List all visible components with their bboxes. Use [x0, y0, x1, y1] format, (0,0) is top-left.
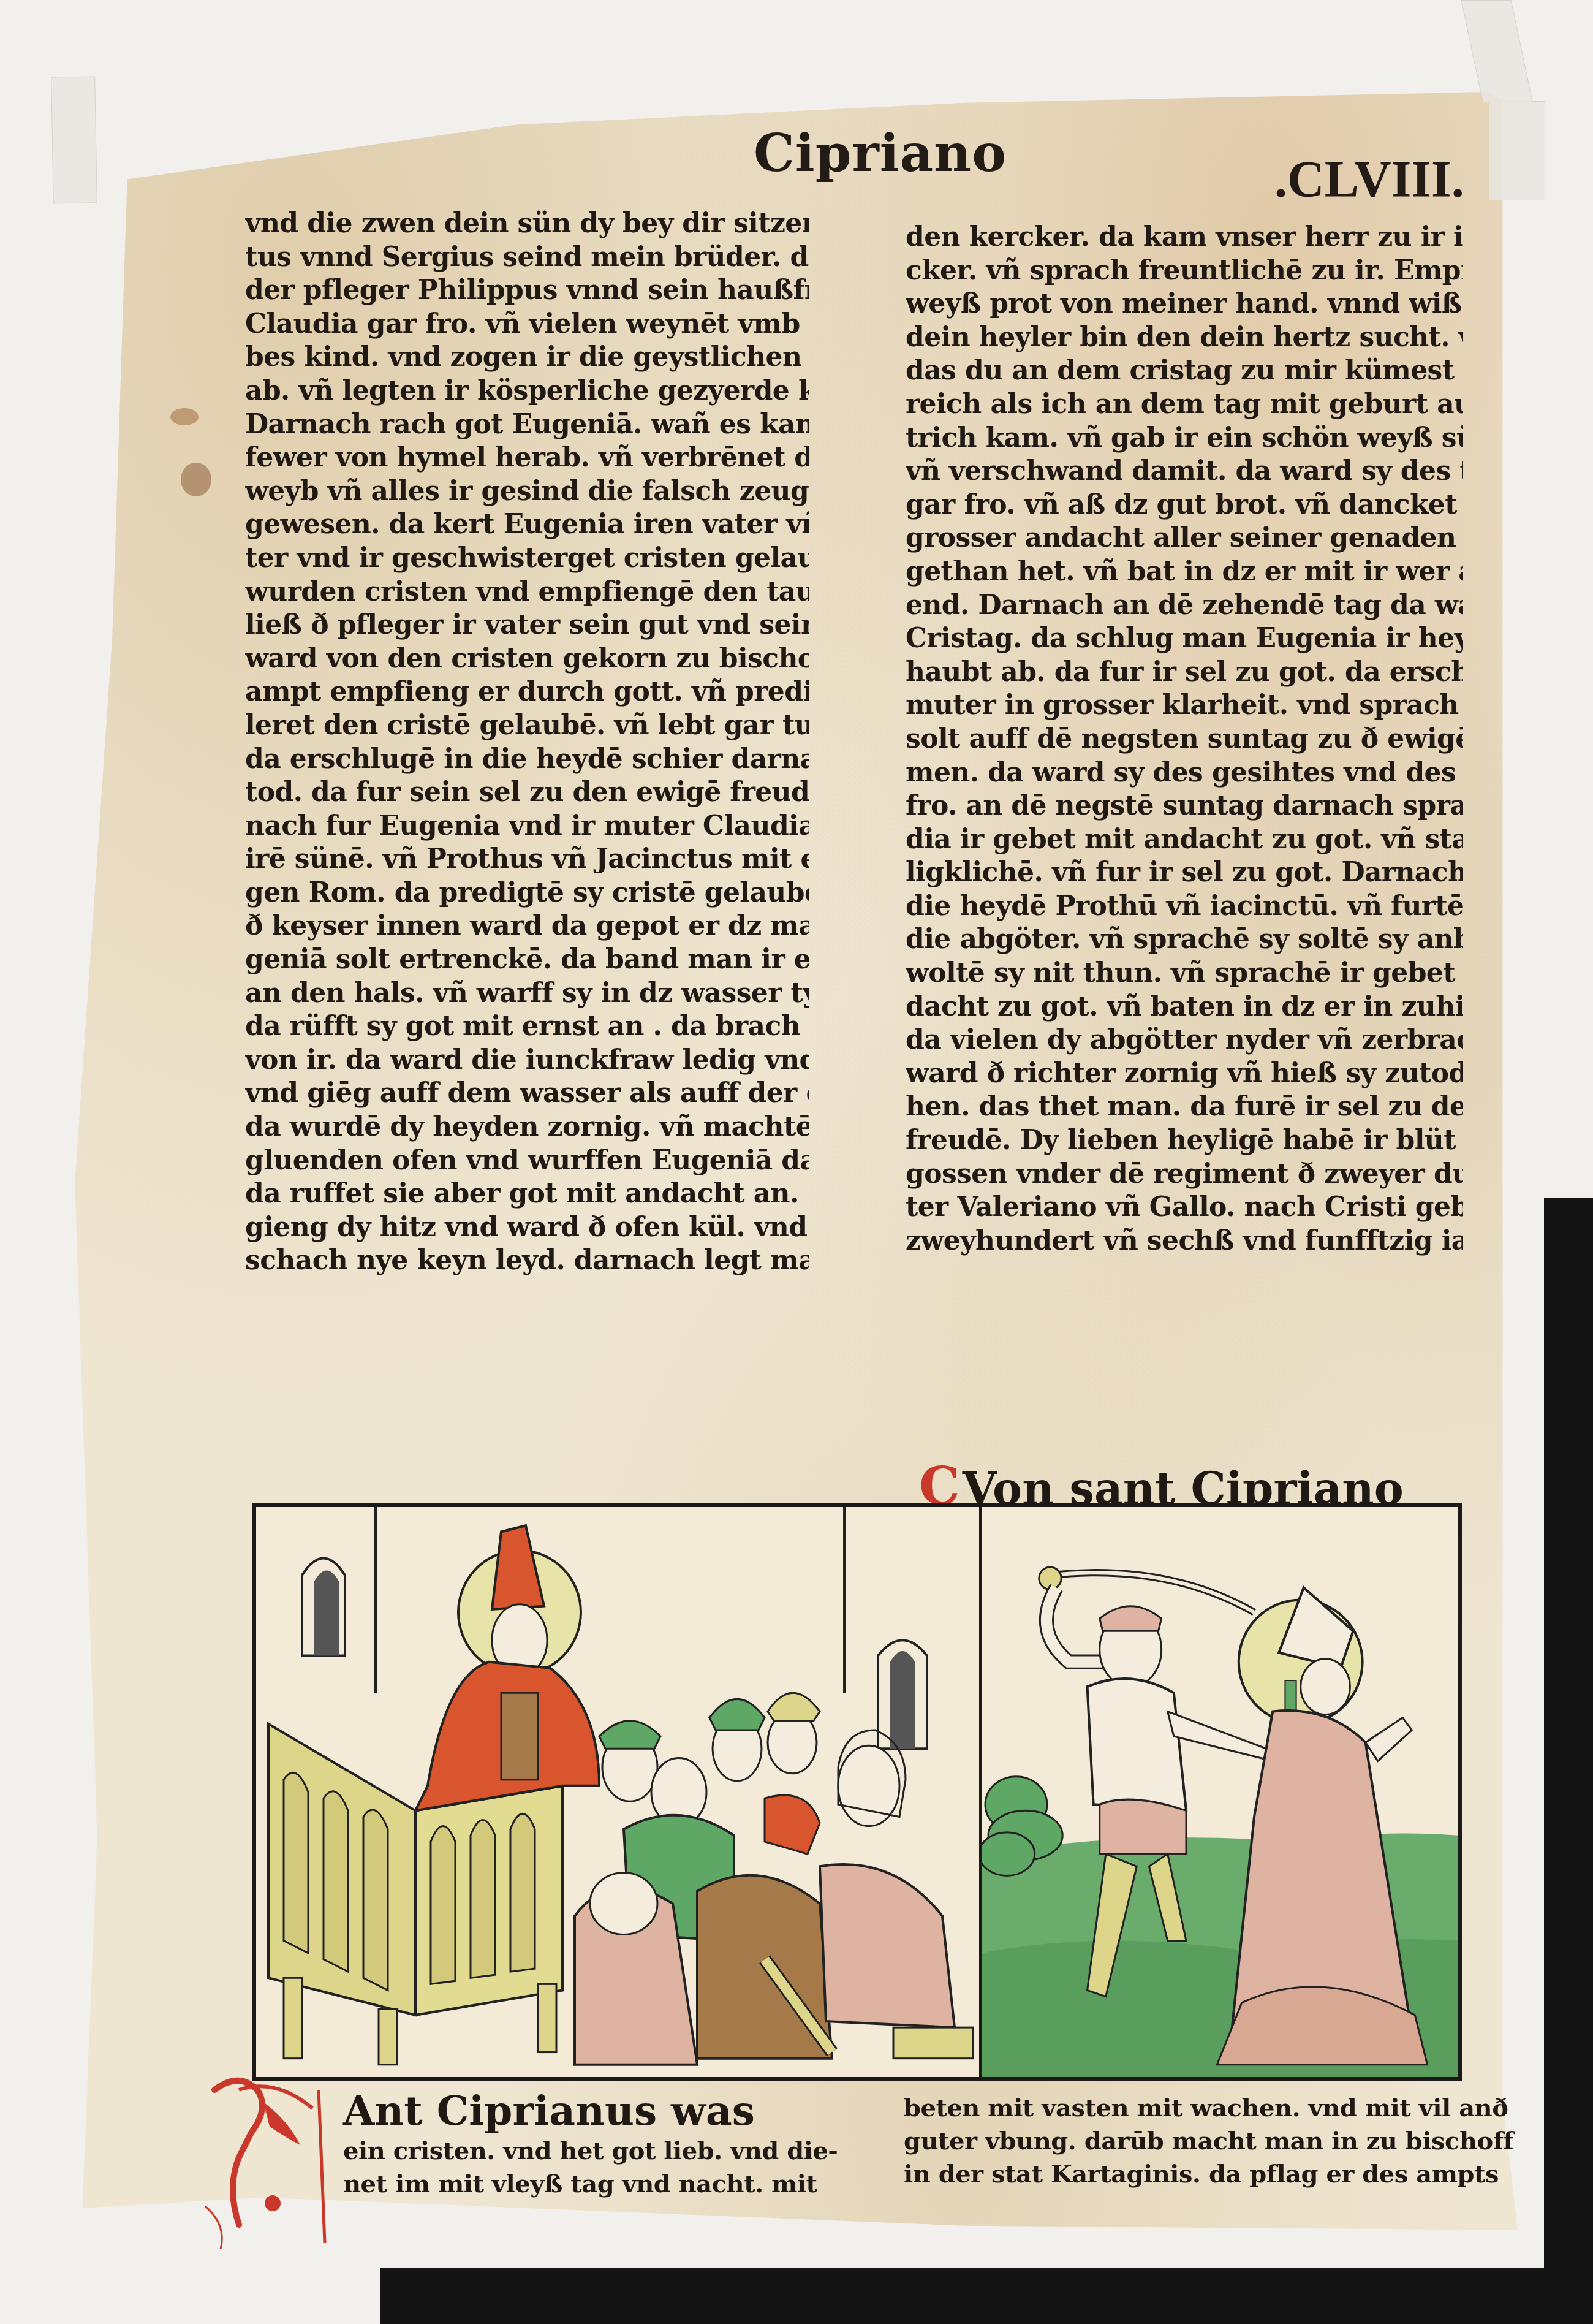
right-text-column: den kercker. da kam vnser herr zu ir in … [906, 221, 1463, 1258]
mounting-tape-right-strip [1461, 0, 1533, 102]
text-line: guter vbung. darūb macht man in zu bisch… [904, 2125, 1513, 2158]
foxing-stain [170, 408, 199, 425]
running-head: Cipriano [754, 123, 1007, 183]
text-line: dia ir gebet mit andacht zu got. vñ star… [906, 823, 1463, 857]
text-line: geniā solt ertrenckē. da band man ir ein… [245, 943, 809, 977]
woodcut-illustration [252, 1503, 1462, 2081]
text-line: irē sünē. vñ Prothus vñ Jacinctus mit ei… [245, 843, 809, 876]
text-line: gossen vnder dē regiment ð zweyer durchä… [906, 1158, 1463, 1191]
text-line: weyb vñ alles ir gesind die falsch zeugē… [245, 475, 809, 509]
text-line: da wurdē dy heyden zornig. vñ machtē ein… [245, 1111, 809, 1144]
text-line: weyß prot von meiner hand. vnnd wiß dz i… [906, 287, 1463, 321]
text-line: Cristag. da schlug man Eugenia ir heylig… [906, 622, 1463, 656]
text-line: ter vnd ir geschwisterget cristen gelaub… [245, 542, 809, 575]
dark-backdrop-bottom [380, 2268, 1593, 2324]
text-line: von ir. da ward die iunckfraw ledig vnd … [245, 1044, 809, 1077]
text-line: solt auff dē negsten suntag zu ð ewigē r… [906, 723, 1463, 756]
text-line: das du an dem cristag zu mir kümest in m… [906, 354, 1463, 388]
text-line: gluenden ofen vnd wurffen Eugeniā darein [245, 1144, 809, 1178]
text-line: leret den cristē gelaubē. vñ lebt gar tu… [245, 709, 809, 743]
text-line: ließ ð pfleger ir vater sein gut vnd sei… [245, 609, 809, 642]
text-line: gen Rom. da predigtē sy cristē gelaubē. … [245, 876, 809, 910]
text-line: men. da ward sy des gesihtes vnd des tro… [906, 756, 1463, 790]
text-line: Claudia gar fro. vñ vielen weynēt vmb ir… [245, 308, 809, 341]
text-line: ligklichē. vñ fur ir sel zu got. Darnach… [906, 856, 1463, 890]
text-line: in der stat Kartaginis. da pflag er des … [904, 2158, 1513, 2191]
text-line: fewer von hymel herab. vñ verbrēnet das … [245, 441, 809, 475]
text-line: nach fur Eugenia vnd ir muter Claudia. m… [245, 810, 809, 843]
text-line: ein cristen. vnd het got lieb. vnd die- [343, 2135, 838, 2168]
text-line: gethan het. vñ bat in dz er mit ir wer a… [906, 555, 1463, 589]
text-line: die heydē Prothū vñ iacinctū. vñ furtē s… [906, 890, 1463, 924]
text-line: trich kam. vñ gab ir ein schön weyß süß … [906, 422, 1463, 455]
text-line: Darnach rach got Eugeniā. wañ es kam ein [245, 408, 809, 442]
text-line: ab. vñ legten ir kösperliche gezyerde kl… [245, 374, 809, 408]
text-line: tus vnnd Sergius seind mein brüder. da w… [245, 241, 809, 275]
text-line: da rüfft sy got mit ernst an . da brach … [245, 1010, 809, 1044]
preaching-scene-image [256, 1507, 979, 2077]
text-line: muter in grosser klarheit. vnd sprach zu… [906, 689, 1463, 723]
text-line: haubt ab. da fur ir sel zu got. da ersch… [906, 656, 1463, 689]
text-line: gar fro. vñ aß dz gut brot. vñ dancket g… [906, 488, 1463, 522]
chapter-opening-line: Ant Ciprianus was [343, 2087, 838, 2135]
text-line: an den hals. vñ warff sy in dz wasser ty… [245, 977, 809, 1011]
lower-left-text: Ant Ciprianus was ein cristen. vnd het g… [343, 2087, 838, 2201]
text-line: gieng dy hitz vnd ward ð ofen kül. vnd i… [245, 1211, 809, 1245]
woodcut-panel-martyrdom [982, 1507, 1458, 2077]
text-line: reich als ich an dem tag mit geburt auff… [906, 388, 1463, 422]
martyrdom-scene-image [982, 1507, 1458, 2077]
text-line: fro. an dē negstē suntag darnach sprach … [906, 789, 1463, 823]
text-line: schach nye keyn leyd. darnach legt man s… [245, 1244, 809, 1278]
text-line: zweyhundert vñ sechß vnd funfftzig iar. [906, 1225, 1463, 1258]
text-line: ð keyser innen ward da gepot er dz man E… [245, 909, 809, 943]
text-line: den kercker. da kam vnser herr zu ir in … [906, 221, 1463, 254]
text-line: grosser andacht aller seiner genaden dy … [906, 522, 1463, 555]
text-line: gewesen. da kert Eugenia iren vater vñ i… [245, 508, 809, 542]
text-line: da ruffet sie aber got mit andacht an. d… [245, 1177, 809, 1211]
text-line: vnd die zwen dein sün dy bey dir sitzen … [245, 207, 809, 241]
text-line: wurden cristen vnd empfiengē den tauff. … [245, 575, 809, 609]
text-line: freudē. Dy lieben heyligē habē ir blüt v… [906, 1124, 1463, 1158]
mounting-tape-right [1489, 101, 1545, 200]
text-line: dein heyler bin den dein hertz sucht. vn… [906, 321, 1463, 355]
dark-backdrop [1544, 1198, 1593, 2324]
text-line: da vielen dy abgötter nyder vñ zerbrachē… [906, 1023, 1463, 1057]
text-line: ward ð richter zornig vñ hieß sy zutod s… [906, 1057, 1463, 1091]
text-line: der pfleger Philippus vnnd sein haußfraw [245, 274, 809, 308]
text-line: woltē sy nit thun. vñ sprachē ir gebet m… [906, 957, 1463, 990]
text-line: vñ verschwand damit. da ward sy des tros… [906, 455, 1463, 488]
woodcut-panel-preaching [256, 1507, 982, 2077]
text-line: net im mit vleyß tag vnd nacht. mit [343, 2168, 838, 2201]
lower-right-text: beten mit vasten mit wachen. vnd mit vil… [904, 2092, 1513, 2191]
text-line: ward von den cristen gekorn zu bischoff … [245, 642, 809, 676]
text-line: ter Valeriano vñ Gallo. nach Cristi gebu… [906, 1191, 1463, 1225]
text-line: vnd giēg auff dem wasser als auff der er… [245, 1077, 809, 1111]
text-line: dacht zu got. vñ baten in dz er in zuhil… [906, 990, 1463, 1024]
text-line: bes kind. vnd zogen ir die geystlichen k… [245, 341, 809, 374]
text-line: die abgöter. vñ sprachē sy soltē sy anbe… [906, 923, 1463, 957]
text-line: end. Darnach an dē zehendē tag da ward ð [906, 589, 1463, 623]
foxing-stain [181, 463, 211, 496]
left-text-column: vnd die zwen dein sün dy bey dir sitzen … [245, 207, 809, 1278]
text-line: hen. das thet man. da furē ir sel zu den… [906, 1090, 1463, 1124]
text-line: ampt empfieng er durch gott. vñ prediget… [245, 675, 809, 709]
text-line: da erschlugē in die heydē schier darnach… [245, 743, 809, 777]
text-line: tod. da fur sein sel zu den ewigē freudē… [245, 776, 809, 810]
text-line: cker. vñ sprach freuntlichē zu ir. Empfa… [906, 254, 1463, 288]
mounting-tape-left [51, 76, 97, 203]
folio-number: .CLVIII. [1274, 150, 1464, 210]
decorated-initial-s [202, 2065, 337, 2249]
text-line: beten mit vasten mit wachen. vnd mit vil… [904, 2092, 1513, 2125]
